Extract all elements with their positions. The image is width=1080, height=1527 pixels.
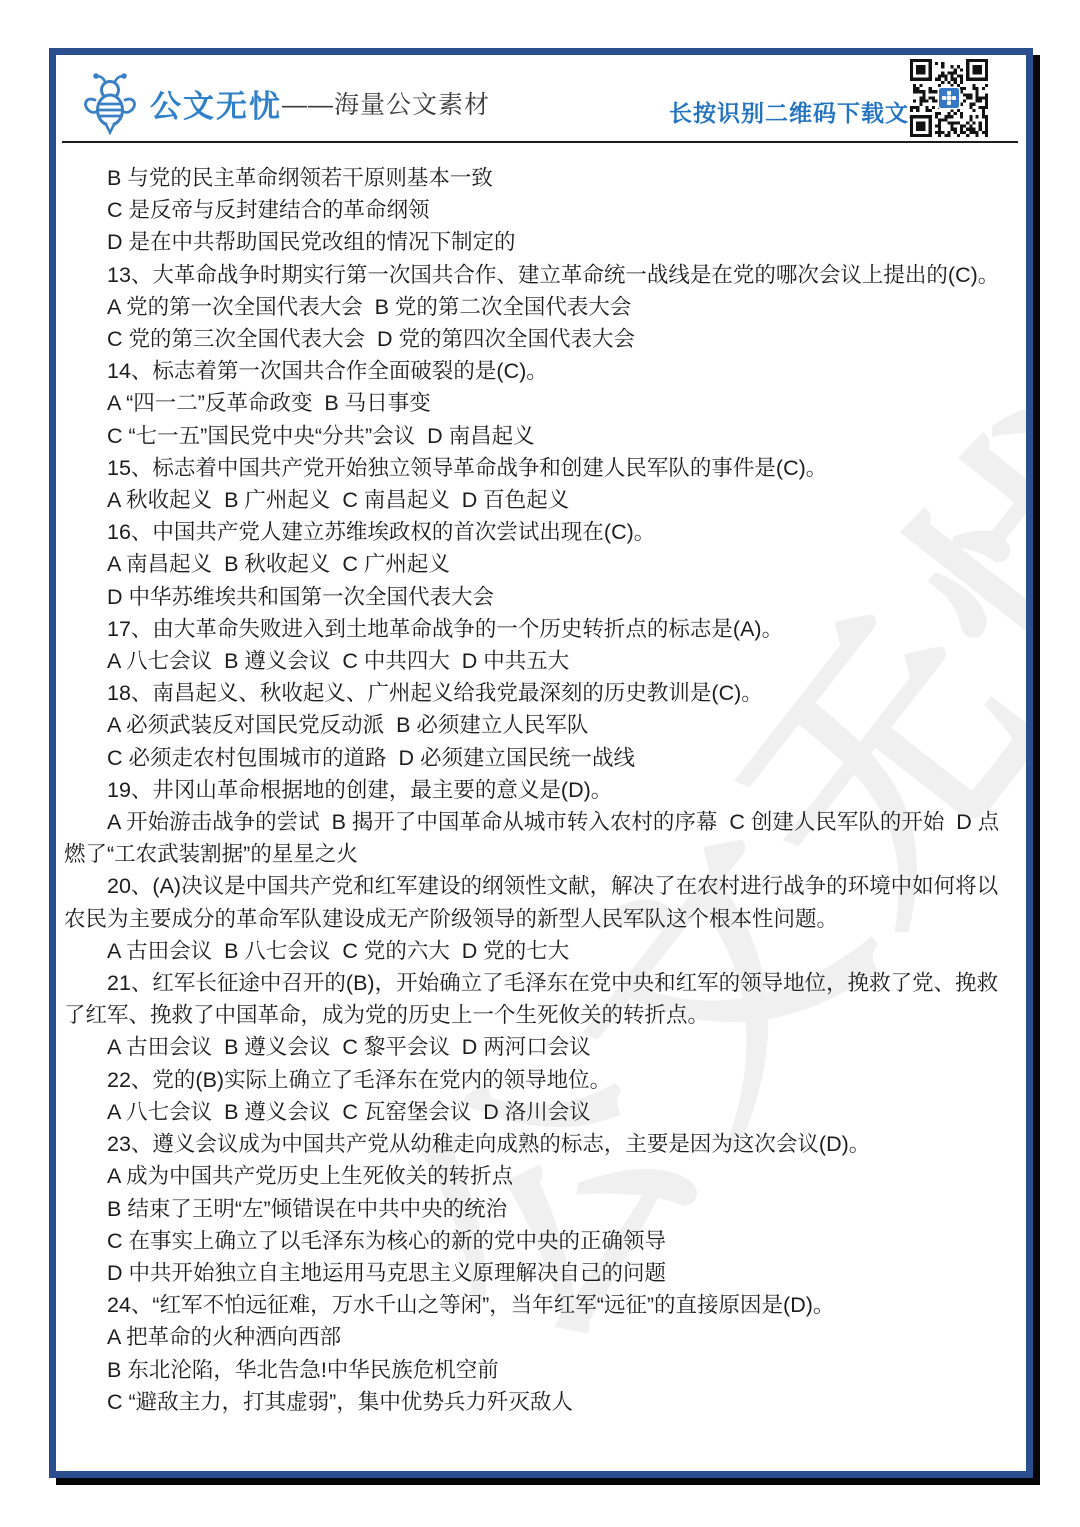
- document-line: 16、中国共产党人建立苏维埃政权的首次尝试出现在(C)。: [64, 516, 1018, 548]
- document-line: A 成为中国共产党历史上生死攸关的转折点: [64, 1160, 1018, 1192]
- document-line: D 中华苏维埃共和国第一次全国代表大会: [64, 581, 1018, 613]
- document-line: A 古田会议 B 遵义会议 C 黎平会议 D 两河口会议: [64, 1031, 1018, 1063]
- document-line: A 开始游击战争的尝试 B 揭开了中国革命从城市转入农村的序幕 C 创建人民军队…: [64, 806, 1018, 870]
- document-line: B 东北沦陷，华北告急!中华民族危机空前: [64, 1354, 1018, 1386]
- document-line: 18、南昌起义、秋收起义、广州起义给我党最深刻的历史教训是(C)。: [64, 677, 1018, 709]
- document-body: B 与党的民主革命纲领若干原则基本一致C 是反帝与反封建结合的革命纲领D 是在中…: [64, 162, 1018, 1418]
- qr-hint-text: 长按识别二维码下载文档: [669, 95, 933, 128]
- brand-name: 公文无忧: [150, 81, 282, 126]
- document-line: A 八七会议 B 遵义会议 C 瓦窑堡会议 D 洛川会议: [64, 1096, 1018, 1128]
- document-line: B 与党的民主革命纲领若干原则基本一致: [64, 162, 1018, 194]
- page-frame: 公文无忧 公文无忧 ——海量公文素材 长按识别二维码下载: [49, 48, 1033, 1478]
- document-line: 24、“红军不怕远征难，万水千山之等闲”，当年红军“远征”的直接原因是(D)。: [64, 1289, 1018, 1321]
- document-line: D 是在中共帮助国民党改组的情况下制定的: [64, 226, 1018, 258]
- document-line: C 在事实上确立了以毛泽东为核心的新的党中央的正确领导: [64, 1225, 1018, 1257]
- brand: 公文无忧 ——海量公文素材: [82, 71, 490, 135]
- document-line: C “七一五”国民党中央“分共”会议 D 南昌起义: [64, 420, 1018, 452]
- document-line: 22、党的(B)实际上确立了毛泽东在党内的领导地位。: [64, 1064, 1018, 1096]
- document-line: C 是反帝与反封建结合的革命纲领: [64, 194, 1018, 226]
- document-line: C 必须走农村包围城市的道路 D 必须建立国民统一战线: [64, 742, 1018, 774]
- document-line: A 南昌起义 B 秋收起义 C 广州起义: [64, 548, 1018, 580]
- document-line: D 中共开始独立自主地运用马克思主义原理解决自己的问题: [64, 1257, 1018, 1289]
- document-line: C “避敌主力，打其虚弱”，集中优势兵力歼灭敌人: [64, 1386, 1018, 1418]
- document-line: A 秋收起义 B 广州起义 C 南昌起义 D 百色起义: [64, 484, 1018, 516]
- header: 公文无忧 ——海量公文素材 长按识别二维码下载文档: [56, 55, 1026, 141]
- bee-logo-icon: [82, 71, 138, 135]
- document-line: 14、标志着第一次国共合作全面破裂的是(C)。: [64, 355, 1018, 387]
- header-divider: [62, 141, 1018, 143]
- document-line: B 结束了王明“左”倾错误在中共中央的统治: [64, 1193, 1018, 1225]
- document-line: A “四一二”反革命政变 B 马日事变: [64, 387, 1018, 419]
- document-line: A 必须武装反对国民党反动派 B 必须建立人民军队: [64, 709, 1018, 741]
- page: { "header": { "brand": "公文无忧", "brand_su…: [0, 0, 1080, 1527]
- document-line: 21、红军长征途中召开的(B)，开始确立了毛泽东在党中央和红军的领导地位，挽救了…: [64, 967, 1018, 1031]
- brand-tagline: ——海量公文素材: [282, 85, 490, 121]
- document-line: A 八七会议 B 遵义会议 C 中共四大 D 中共五大: [64, 645, 1018, 677]
- qr-code-icon: [910, 59, 988, 137]
- document-line: A 把革命的火种洒向西部: [64, 1321, 1018, 1353]
- document-line: 19、井冈山革命根据地的创建，最主要的意义是(D)。: [64, 774, 1018, 806]
- document-line: 20、(A)决议是中国共产党和红军建设的纲领性文献，解决了在农村进行战争的环境中…: [64, 870, 1018, 934]
- document-line: A 党的第一次全国代表大会 B 党的第二次全国代表大会: [64, 291, 1018, 323]
- document-line: 17、由大革命失败进入到土地革命战争的一个历史转折点的标志是(A)。: [64, 613, 1018, 645]
- document-line: 23、遵义会议成为中国共产党从幼稚走向成熟的标志，主要是因为这次会议(D)。: [64, 1128, 1018, 1160]
- document-line: A 古田会议 B 八七会议 C 党的六大 D 党的七大: [64, 935, 1018, 967]
- document-line: C 党的第三次全国代表大会 D 党的第四次全国代表大会: [64, 323, 1018, 355]
- document-line: 15、标志着中国共产党开始独立领导革命战争和创建人民军队的事件是(C)。: [64, 452, 1018, 484]
- document-line: 13、大革命战争时期实行第一次国共合作、建立革命统一战线是在党的哪次会议上提出的…: [64, 259, 1018, 291]
